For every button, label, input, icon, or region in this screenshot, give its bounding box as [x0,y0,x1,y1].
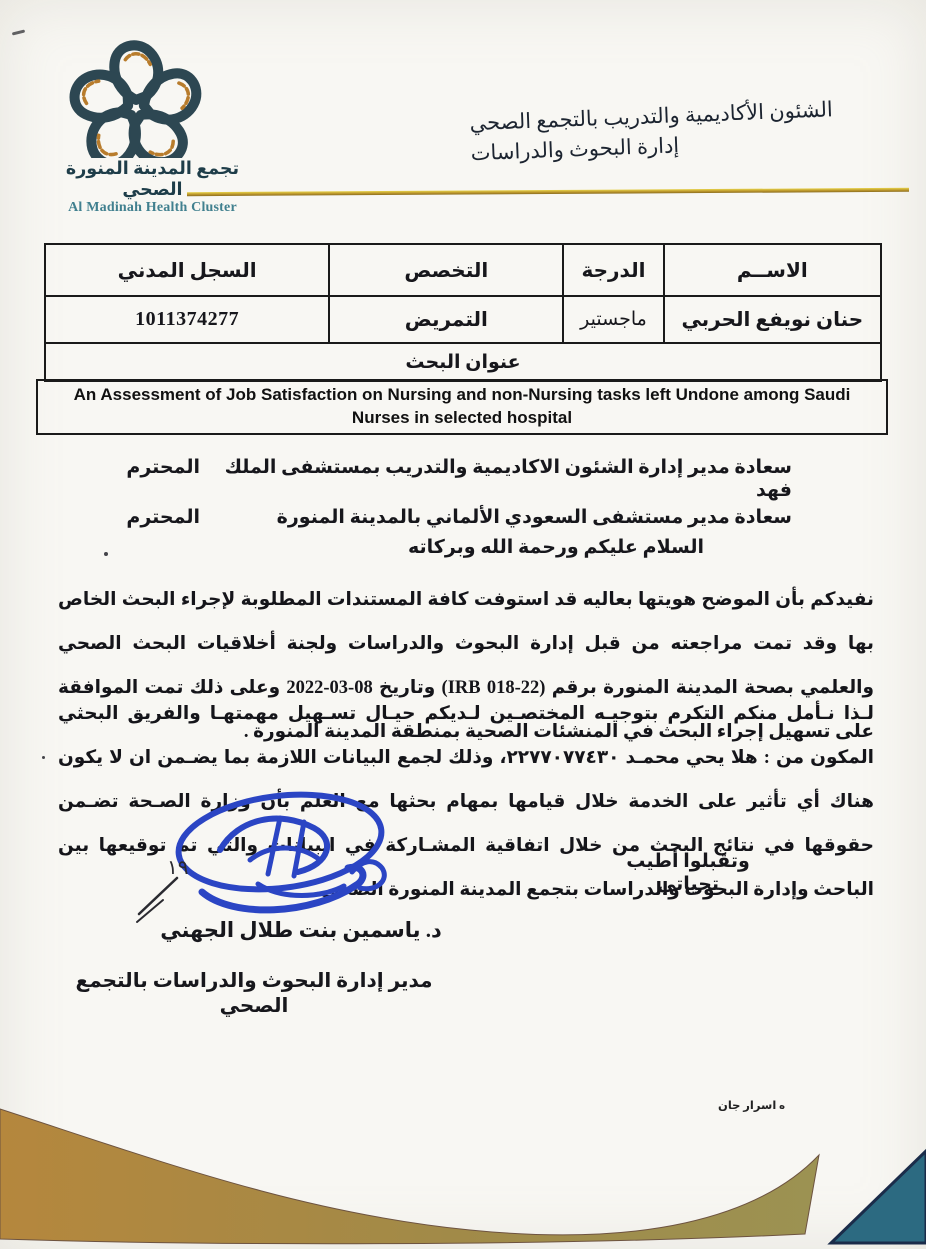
recipient-row-1: سعادة مدير إدارة الشئون الاكاديمية والتد… [128,456,792,502]
org-logo-block: تجمع المدينة المنورة الصحي Al Madinah He… [50,30,270,216]
recipient-1: سعادة مدير إدارة الشئون الاكاديمية والتد… [200,456,792,502]
recipient-row-2: سعادة مدير مستشفى السعودي الألماني بالمد… [128,506,792,529]
footer-gold-swoosh [0,1099,926,1249]
scan-speck [42,756,45,759]
scan-artifact-dash [12,29,25,35]
table-header-row: الاســم الدرجة التخصص السجل المدني [45,244,881,296]
header-gold-divider [187,188,909,196]
col-header-degree: الدرجة [563,244,663,296]
scanned-letter-page: تجمع المدينة المنورة الصحي Al Madinah He… [0,0,926,1249]
svg-text:١٩: ١٩ [167,855,188,879]
recipient-1-honorific: المحترم [128,456,200,479]
recipient-2-honorific: المحترم [128,506,200,529]
col-header-civil-id: السجل المدني [45,244,329,296]
table-row: حنان نويفع الحربي ماجستير التمريض 101137… [45,296,881,343]
cell-name: حنان نويفع الحربي [664,296,881,343]
col-header-name: الاســم [664,244,881,296]
signature-stamp [162,788,400,926]
handwritten-date-mark: ١٩ [133,852,197,928]
letterhead-department: الشئون الأكاديمية والتدريب بالتجمع الصحي… [469,92,901,169]
research-title-english: An Assessment of Job Satisfaction on Nur… [36,379,888,435]
closing-regards: وتقبلوا أطيب تحياتي [598,850,778,896]
researcher-info-table: الاســم الدرجة التخصص السجل المدني حنان … [44,243,882,382]
signer-title: مدير إدارة البحوث والدراسات بالتجمع الصح… [58,968,450,1018]
research-title-label: عنوان البحث [45,343,881,381]
recipient-2: سعادة مدير مستشفى السعودي الألماني بالمد… [200,506,792,529]
cell-civil-id: 1011374277 [45,296,329,343]
signer-name: د. ياسمين بنت طلال الجهني [158,918,444,943]
health-cluster-flower-icon [60,30,212,158]
research-title-label-row: عنوان البحث [45,343,881,381]
salutation: السلام عليكم ورحمة الله وبركاته [128,536,792,559]
cell-specialty: التمريض [329,296,563,343]
org-name-english: Al Madinah Health Cluster [50,200,255,216]
col-header-specialty: التخصص [329,244,563,296]
cell-degree: ماجستير [563,296,663,343]
scan-speck [104,552,108,556]
recipients-block: سعادة مدير إدارة الشئون الاكاديمية والتد… [128,456,792,559]
